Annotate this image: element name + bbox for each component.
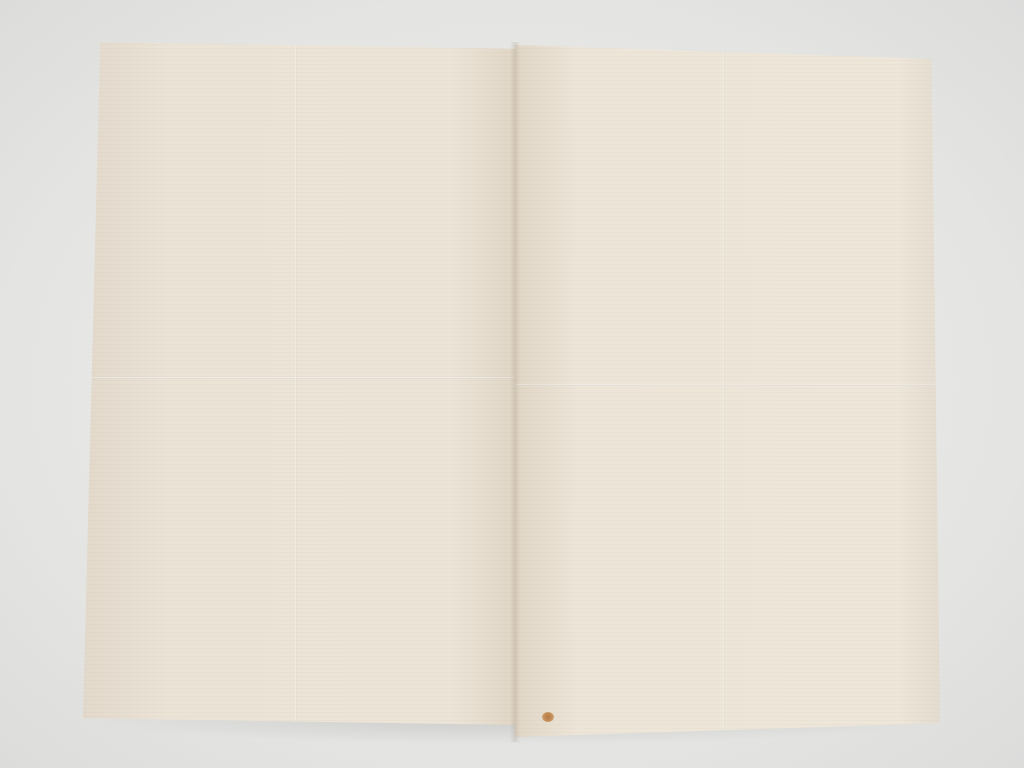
horizontal-fold — [83, 377, 515, 379]
right-page — [515, 45, 940, 737]
foxing-stain — [542, 712, 554, 722]
vertical-fold — [295, 42, 297, 725]
vertical-fold — [723, 45, 725, 737]
left-page — [83, 42, 515, 725]
horizontal-fold — [515, 384, 940, 386]
center-spine-fold — [510, 42, 520, 742]
